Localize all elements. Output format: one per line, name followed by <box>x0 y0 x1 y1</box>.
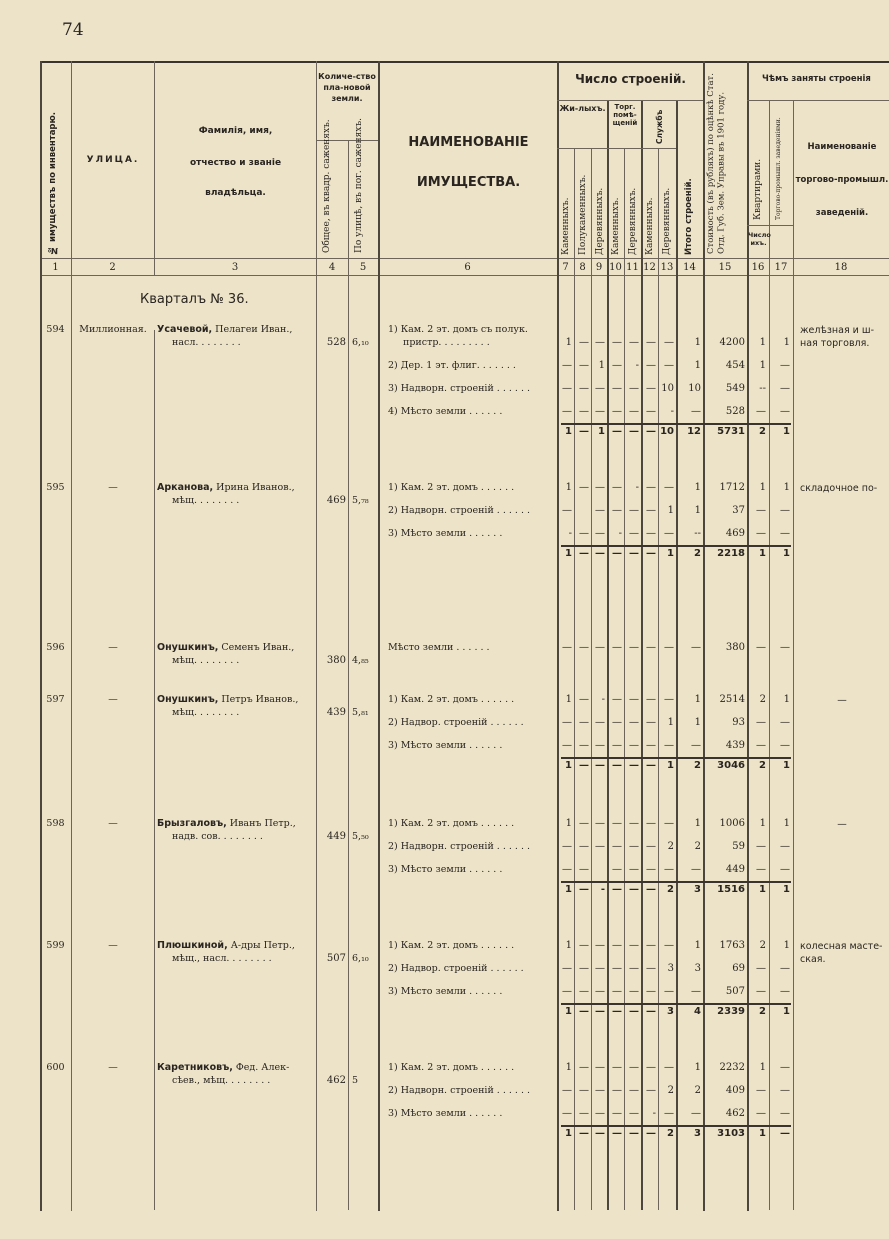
item-count-col7: — <box>557 360 572 371</box>
item-count-col8: — <box>574 360 589 371</box>
item-count-col11: — <box>624 986 639 997</box>
item-enterprises: 1 <box>769 940 790 951</box>
item-enterprises: — <box>769 360 790 371</box>
header-col14: Итого строеній. <box>684 152 694 255</box>
record-street: — <box>72 482 154 493</box>
header-inventory-number: № имуществъ по инвентарю. <box>48 70 58 255</box>
item-count-col14: 1 <box>676 337 701 348</box>
item-apartments: — <box>747 986 766 997</box>
header-col15: Стоимость (въ рубляхъ) по оцѣнкѣ Стат. О… <box>706 68 727 254</box>
total-count-col11: — <box>624 1128 639 1139</box>
item-count-col7: — <box>557 642 572 653</box>
item-apartments: 1 <box>747 360 766 371</box>
item-count-col10: — <box>607 694 622 705</box>
item-count-col10: — <box>607 406 622 417</box>
item-count-col13: — <box>658 818 674 829</box>
item-count-col13: — <box>658 337 674 348</box>
owner-name: А-дры Петр., <box>228 940 295 951</box>
item-count-col14: 2 <box>676 1085 701 1096</box>
total-count-col7: 1 <box>557 1128 572 1139</box>
item-count-col12: — <box>641 337 656 348</box>
total-count-col7: 1 <box>557 1006 572 1017</box>
total-value: 3103 <box>703 1128 745 1139</box>
item-count-col11: — <box>624 337 639 348</box>
total-enterprises: 1 <box>769 760 790 771</box>
owner-name: Петръ Иванов., <box>218 694 298 705</box>
item-count-col7: — <box>557 740 572 751</box>
item-count-col8: — <box>574 642 589 653</box>
item-count-col10: - <box>607 528 622 539</box>
header-count: Число ихъ. <box>748 232 769 248</box>
item-count-col10: — <box>607 505 622 516</box>
total-count-col13: 1 <box>658 760 674 771</box>
item-count-col7: — <box>557 1085 572 1096</box>
item-count-col11: — <box>624 740 639 751</box>
total-count-col8: — <box>574 548 589 559</box>
item-count-col11: — <box>624 383 639 394</box>
total-enterprises: 1 <box>769 426 790 437</box>
item-count-col10: — <box>607 1085 622 1096</box>
column-number: 10 <box>607 262 624 273</box>
item-count-col12: — <box>641 864 656 875</box>
item-count-col7: — <box>557 864 572 875</box>
item-count-col10: — <box>607 864 622 875</box>
item-count-col11: — <box>624 1108 639 1119</box>
total-enterprises: — <box>769 1128 790 1139</box>
total-count-col12: — <box>641 884 656 895</box>
header-col17: Торгово-промышл. заведеніями. <box>775 108 782 220</box>
total-count-col8: — <box>574 884 589 895</box>
record-street: Миллионная. <box>72 324 154 335</box>
page-number: 74 <box>62 20 84 40</box>
item-count-col14: 10 <box>676 383 701 394</box>
item-count-col8: — <box>574 694 589 705</box>
item-count-col9: — <box>591 717 605 728</box>
total-count-col9: — <box>591 1128 605 1139</box>
item-count-col11: — <box>624 963 639 974</box>
item-enterprises: — <box>769 963 790 974</box>
item-apartments: 2 <box>747 694 766 705</box>
item-count-col7: — <box>557 963 572 974</box>
total-count-col8: — <box>574 760 589 771</box>
item-count-col9: — <box>591 841 605 852</box>
header-col10: Каменныхъ. <box>611 152 621 255</box>
item-count-col14: — <box>676 642 701 653</box>
item-value: 462 <box>703 1108 745 1119</box>
item-count-col10: — <box>607 963 622 974</box>
item-count-col14: 1 <box>676 818 701 829</box>
column-number: 14 <box>676 262 703 273</box>
record-area-total: 462 <box>316 1075 346 1086</box>
item-count-col7: — <box>557 841 572 852</box>
item-count-col12: — <box>641 642 656 653</box>
item-count-col12: — <box>641 963 656 974</box>
subtotal-rule <box>561 1125 791 1127</box>
item-count-col8: — <box>574 482 589 493</box>
column-number: 12 <box>641 262 658 273</box>
total-value: 5731 <box>703 426 745 437</box>
record-id: 600 <box>40 1062 71 1073</box>
item-count-col13: 1 <box>658 505 674 516</box>
total-apartments: 1 <box>747 1128 766 1139</box>
item-count-col9: — <box>591 383 605 394</box>
item-label: 1) Кам. 2 эт. домъ . . . . . . <box>388 818 556 829</box>
item-apartments: — <box>747 406 766 417</box>
column-number: 16 <box>747 262 769 273</box>
item-label: 1) Кам. 2 эт. домъ . . . . . . <box>388 694 556 705</box>
item-value: 528 <box>703 406 745 417</box>
item-count-col13: 2 <box>658 841 674 852</box>
item-apartments: — <box>747 963 766 974</box>
item-apartments: 1 <box>747 482 766 493</box>
item-count-col8: — <box>574 1108 589 1119</box>
item-label: 4) Мѣсто земли . . . . . . <box>388 406 556 417</box>
total-count-col10: — <box>607 1128 622 1139</box>
item-value: 1712 <box>703 482 745 493</box>
owner-surname: Плюшкиной, <box>157 940 228 951</box>
column-number: 4 <box>316 262 348 273</box>
item-count-col13: - <box>658 406 674 417</box>
record-owner-status: мѣщ. . . . . . . . <box>172 707 312 718</box>
item-count-col9: — <box>591 1108 605 1119</box>
item-value: 507 <box>703 986 745 997</box>
owner-surname: Усачевой, <box>157 324 212 335</box>
item-value: 69 <box>703 963 745 974</box>
subtotal-rule <box>561 881 791 883</box>
item-count-col8: — <box>574 986 589 997</box>
total-count-col8: — <box>574 1128 589 1139</box>
record-owner-status: мѣщ. . . . . . . . <box>172 495 312 506</box>
item-count-col10: — <box>607 383 622 394</box>
record-street: — <box>72 818 154 829</box>
enterprise-name: — <box>795 695 889 706</box>
column-number: 17 <box>769 262 793 273</box>
item-label: 1) Кам. 2 эт. домъ съ полук. <box>388 324 556 335</box>
owner-surname: Брызгаловъ, <box>157 818 227 829</box>
total-count-col9: — <box>591 1006 605 1017</box>
column-number: 8 <box>574 262 591 273</box>
item-apartments: 2 <box>747 940 766 951</box>
record-area-street: 6,₁₀ <box>352 337 378 348</box>
item-count-col11: — <box>624 406 639 417</box>
header-trade: Торг. помѣ-щеній <box>609 103 641 127</box>
item-count-col8: — <box>574 1062 589 1073</box>
record-id: 596 <box>40 642 71 653</box>
item-count-col14: — <box>676 1108 701 1119</box>
item-count-col13: — <box>658 1108 674 1119</box>
item-count-col13: 3 <box>658 963 674 974</box>
item-count-col12: - <box>641 1108 656 1119</box>
column-number: 2 <box>71 262 154 273</box>
total-value: 2218 <box>703 548 745 559</box>
item-count-col7: - <box>557 528 572 539</box>
total-count-col14: 3 <box>676 884 701 895</box>
total-count-col13: 2 <box>658 884 674 895</box>
record-id: 594 <box>40 324 71 335</box>
item-value: 380 <box>703 642 745 653</box>
item-value: 549 <box>703 383 745 394</box>
item-count-col12: — <box>641 360 656 371</box>
item-count-col8: — <box>574 740 589 751</box>
record-owner: Брызгаловъ, Иванъ Петр., <box>157 818 315 829</box>
total-count-col14: 3 <box>676 1128 701 1139</box>
header-buildings-count: Число строеній. <box>558 72 703 86</box>
item-count-col12: — <box>641 818 656 829</box>
record-owner: Арканова, Ирина Иванов., <box>157 482 315 493</box>
header-property-line2: ИМУЩЕСТВА. <box>380 175 557 190</box>
item-count-col9: - <box>591 694 605 705</box>
total-count-col14: 2 <box>676 548 701 559</box>
item-enterprises: — <box>769 841 790 852</box>
item-enterprises: 1 <box>769 818 790 829</box>
header-owner-line2: отчество и званіе <box>155 157 316 169</box>
item-count-col12: — <box>641 505 656 516</box>
item-count-col11: - <box>624 360 639 371</box>
enterprise-name-cont: ская. <box>800 954 889 965</box>
item-count-col13: — <box>658 940 674 951</box>
column-number: 15 <box>703 262 747 273</box>
item-enterprises: — <box>769 986 790 997</box>
header-residential: Жи-лыхъ. <box>558 104 607 115</box>
header-area-street: По улицѣ, въ пог. саженяхъ. <box>354 148 364 253</box>
total-count-col12: — <box>641 1128 656 1139</box>
item-count-col13: — <box>658 528 674 539</box>
item-count-col7: 1 <box>557 337 572 348</box>
record-area-total: 528 <box>316 337 346 348</box>
item-count-col8: — <box>574 383 589 394</box>
item-count-col14: 1 <box>676 1062 701 1073</box>
item-label: 2) Дер. 1 эт. флиг. . . . . . . <box>388 360 556 371</box>
record-owner-status: мѣщ., насл. . . . . . . . <box>172 953 312 964</box>
record-id: 599 <box>40 940 71 951</box>
item-count-col12: — <box>641 528 656 539</box>
item-enterprises: — <box>769 864 790 875</box>
total-count-col13: 2 <box>658 1128 674 1139</box>
item-count-col8: — <box>574 940 589 951</box>
item-count-col14: 1 <box>676 505 701 516</box>
total-count-col12: — <box>641 548 656 559</box>
total-apartments: 1 <box>747 548 766 559</box>
column-number: 7 <box>557 262 574 273</box>
total-value: 2339 <box>703 1006 745 1017</box>
item-count-col12: — <box>641 1062 656 1073</box>
item-count-col7: 1 <box>557 1062 572 1073</box>
subtotal-rule <box>561 545 791 547</box>
item-count-col11: — <box>624 940 639 951</box>
item-count-col12: — <box>641 482 656 493</box>
record-owner: Онушкинъ, Семенъ Иван., <box>157 642 315 653</box>
total-count-col9: - <box>591 884 605 895</box>
item-count-col10: — <box>607 337 622 348</box>
header-col12: Каменныхъ. <box>645 152 655 255</box>
item-value: 37 <box>703 505 745 516</box>
record-street: — <box>72 642 154 653</box>
total-value: 1516 <box>703 884 745 895</box>
record-owner: Каретниковъ, Фед. Алек- <box>157 1062 315 1073</box>
item-count-col10: — <box>607 986 622 997</box>
total-apartments: 2 <box>747 1006 766 1017</box>
item-enterprises: — <box>769 383 790 394</box>
column-number: 6 <box>378 262 557 273</box>
item-value: 454 <box>703 360 745 371</box>
quarter-title: Кварталъ № 36. <box>140 292 249 307</box>
item-count-col9: 1 <box>591 360 605 371</box>
item-count-col14: — <box>676 406 701 417</box>
item-count-col7: 1 <box>557 482 572 493</box>
item-enterprises: — <box>769 740 790 751</box>
item-label: 2) Надвор. строеній . . . . . . <box>388 717 556 728</box>
item-enterprises: — <box>769 505 790 516</box>
header-land-amount: Количе-ство пла-новой земли. <box>318 72 376 104</box>
total-apartments: 1 <box>747 884 766 895</box>
item-count-col8: — <box>574 1085 589 1096</box>
item-count-col10: — <box>607 482 622 493</box>
total-enterprises: 1 <box>769 548 790 559</box>
item-count-col9: — <box>591 505 605 516</box>
item-count-col13: — <box>658 360 674 371</box>
header-col8: Полукаменныхъ. <box>578 152 588 255</box>
total-count-col11: — <box>624 884 639 895</box>
column-number: 5 <box>348 262 378 273</box>
item-count-col8: — <box>574 963 589 974</box>
total-count-col14: 4 <box>676 1006 701 1017</box>
column-number: 18 <box>793 262 889 273</box>
record-owner: Плюшкиной, А-дры Петр., <box>157 940 315 951</box>
record-area-total: 380 <box>316 655 346 666</box>
total-count-col13: 10 <box>658 426 674 437</box>
item-count-col8: — <box>574 406 589 417</box>
item-count-col8: — <box>574 528 589 539</box>
record-id: 597 <box>40 694 71 705</box>
item-apartments: 1 <box>747 1062 766 1073</box>
item-count-col13: — <box>658 1062 674 1073</box>
enterprise-name: желѣзная и ш- <box>800 325 889 336</box>
record-owner: Усачевой, Пелагеи Иван., <box>157 324 315 335</box>
subtotal-rule <box>561 423 791 425</box>
item-value: 449 <box>703 864 745 875</box>
header-area-total: Общее, въ квадр. саженяхъ. <box>322 148 332 253</box>
item-apartments: — <box>747 1108 766 1119</box>
item-apartments: — <box>747 505 766 516</box>
record-area-street: 5,₇₈ <box>352 495 378 506</box>
record-area-total: 469 <box>316 495 346 506</box>
item-count-col12: — <box>641 694 656 705</box>
owner-surname: Онушкинъ, <box>157 642 218 653</box>
item-count-col13: 2 <box>658 1085 674 1096</box>
item-count-col14: 1 <box>676 694 701 705</box>
item-count-col7: — <box>557 505 572 516</box>
item-value: 1006 <box>703 818 745 829</box>
total-count-col9: — <box>591 760 605 771</box>
total-count-col11: — <box>624 548 639 559</box>
item-label: 1) Кам. 2 эт. домъ . . . . . . <box>388 1062 556 1073</box>
record-id: 595 <box>40 482 71 493</box>
record-id: 598 <box>40 818 71 829</box>
item-count-col11: — <box>624 1085 639 1096</box>
item-count-col14: 1 <box>676 940 701 951</box>
item-apartments: -- <box>747 383 766 394</box>
item-count-col8: — <box>574 864 589 875</box>
item-count-col11: — <box>624 505 639 516</box>
header-owner-line1: Фамилія, имя, <box>155 125 316 137</box>
item-count-col11: — <box>624 841 639 852</box>
record-area-total: 449 <box>316 831 346 842</box>
item-count-col9: — <box>591 963 605 974</box>
header-col18-line1: Наименованіе <box>795 142 889 153</box>
item-count-col8: — <box>574 841 589 852</box>
item-count-col7: — <box>557 406 572 417</box>
item-count-col9: — <box>591 740 605 751</box>
total-count-col9: — <box>591 548 605 559</box>
item-count-col11: — <box>624 864 639 875</box>
item-label: 2) Надвор. строеній . . . . . . <box>388 963 556 974</box>
subtotal-rule <box>561 1003 791 1005</box>
total-count-col13: 1 <box>658 548 674 559</box>
item-enterprises: — <box>769 642 790 653</box>
item-count-col7: 1 <box>557 694 572 705</box>
item-count-col14: — <box>676 986 701 997</box>
item-count-col11: — <box>624 642 639 653</box>
item-count-col10: — <box>607 1108 622 1119</box>
item-apartments: — <box>747 717 766 728</box>
item-count-col13: — <box>658 740 674 751</box>
item-count-col10: — <box>607 1062 622 1073</box>
item-count-col10: — <box>607 740 622 751</box>
header-col18-line3: заведеній. <box>795 208 889 219</box>
item-enterprises: 1 <box>769 482 790 493</box>
total-count-col12: — <box>641 426 656 437</box>
item-count-col14: — <box>676 740 701 751</box>
header-street: УЛИЦА. <box>72 154 154 166</box>
item-value: 93 <box>703 717 745 728</box>
item-count-col13: 1 <box>658 717 674 728</box>
owner-surname: Каретниковъ, <box>157 1062 233 1073</box>
total-count-col12: — <box>641 760 656 771</box>
subtotal-rule <box>561 757 791 759</box>
column-number: 1 <box>40 262 71 273</box>
column-number: 11 <box>624 262 641 273</box>
record-owner-status: надв. сов. . . . . . . . <box>172 831 312 842</box>
total-count-col9: 1 <box>591 426 605 437</box>
item-count-col11: — <box>624 528 639 539</box>
item-count-col12: — <box>641 406 656 417</box>
header-col9: Деревянныхъ. <box>595 152 605 255</box>
total-count-col7: 1 <box>557 426 572 437</box>
item-count-col10: — <box>607 642 622 653</box>
item-count-col10: — <box>607 841 622 852</box>
record-area-street: 5,₈₁ <box>352 707 378 718</box>
total-apartments: 2 <box>747 426 766 437</box>
record-street: — <box>72 940 154 951</box>
total-count-col10: — <box>607 548 622 559</box>
item-count-col7: 1 <box>557 818 572 829</box>
item-count-col7: — <box>557 1108 572 1119</box>
total-count-col10: — <box>607 760 622 771</box>
item-count-col9: — <box>591 1062 605 1073</box>
item-count-col11: — <box>624 818 639 829</box>
total-count-col8: — <box>574 426 589 437</box>
item-enterprises: — <box>769 1062 790 1073</box>
total-enterprises: 1 <box>769 884 790 895</box>
item-count-col7: — <box>557 383 572 394</box>
total-count-col8: — <box>574 1006 589 1017</box>
header-occupied: Чѣмъ заняты строенія <box>748 74 889 85</box>
item-count-col13: — <box>658 482 674 493</box>
item-apartments: 1 <box>747 337 766 348</box>
header-col18-line2: торгово-промышл. <box>795 175 889 186</box>
item-count-col11: — <box>624 694 639 705</box>
item-count-col9: — <box>591 406 605 417</box>
